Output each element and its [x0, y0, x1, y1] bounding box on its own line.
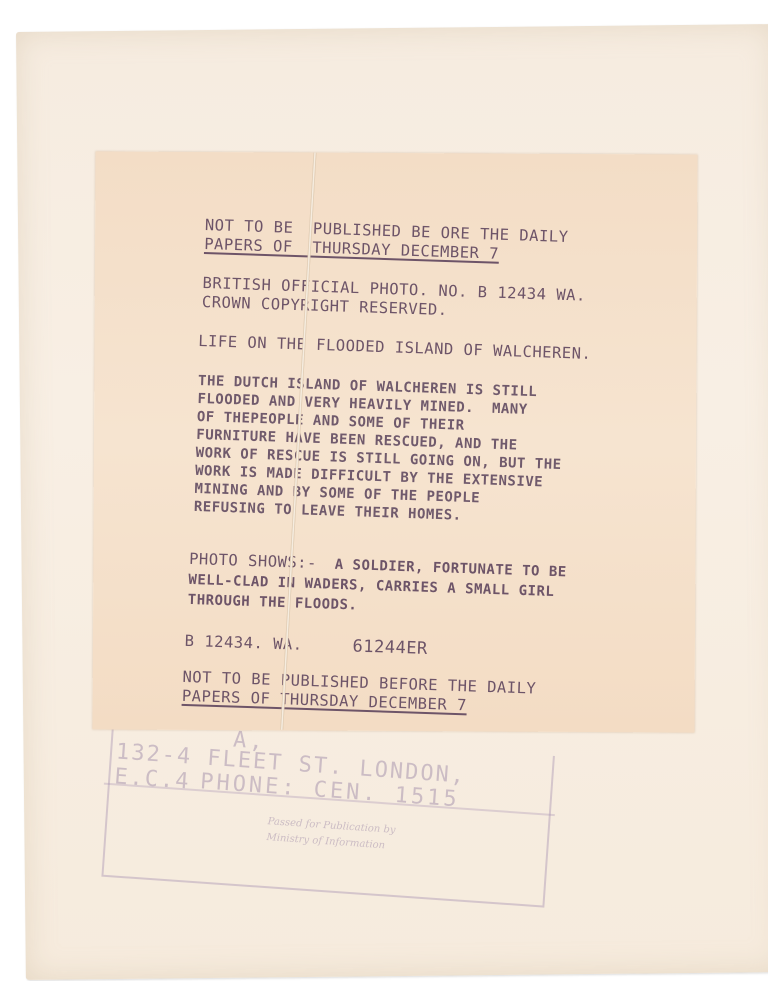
caption-slip: NOT TO BE PUBLISHED BE ORE THE DAILY PAP…: [92, 151, 697, 732]
official-photo-notice: BRITISH OFFICIAL PHOTO. NO. B 12434 WA. …: [202, 274, 697, 328]
agency-stamp: A, 132-4 FLEET ST. LONDON, E.C.4 PHONE: …: [101, 725, 555, 908]
reference-line: B 12434. WA.61244ER: [184, 632, 694, 668]
headline: LIFE ON THE FLOODED ISLAND OF WALCHEREN.: [198, 332, 696, 368]
embargo-notice-bottom: NOT TO BE PUBLISHED BEFORE THE DAILY PAP…: [182, 668, 695, 723]
caption-body: THE DUTCH ISLAND OF WALCHEREN IS STILL F…: [194, 372, 697, 532]
photo-shows-label: PHOTO SHOWS:-: [189, 550, 317, 572]
photo-desc-line: THROUGH THE FLOODS.: [188, 592, 358, 614]
embargo-notice-top: NOT TO BE PUBLISHED BE ORE THE DAILY PAP…: [204, 216, 697, 270]
stamp-ministry: Ministry of Information: [266, 832, 385, 851]
handwritten-code: 61244ER: [352, 636, 428, 658]
photo-shows: PHOTO SHOWS:- A SOLDIER, FORTUNATE TO BE…: [187, 550, 695, 627]
